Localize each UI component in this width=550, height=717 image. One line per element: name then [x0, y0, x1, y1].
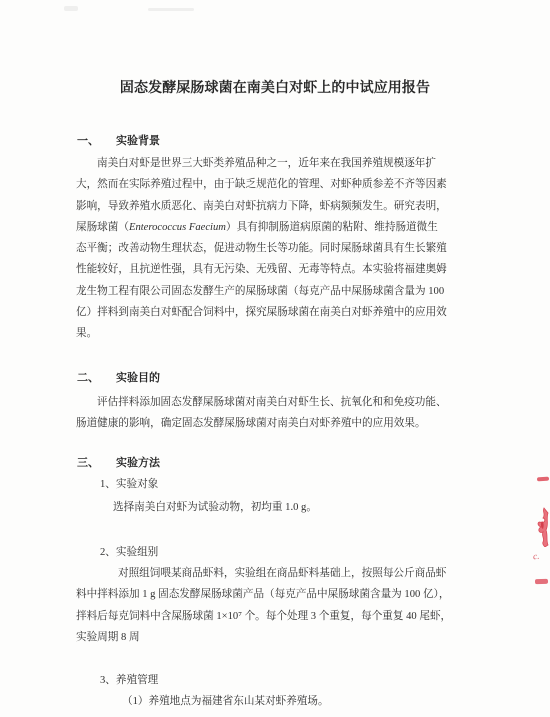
section-heading-3: 三、实验方法 [77, 456, 160, 470]
line-text: ）具有抑制肠道病原菌的粘附、维持肠道微生 [226, 222, 438, 233]
section-title: 实验目的 [116, 371, 160, 385]
red-pen-dash-icon [537, 477, 549, 482]
paragraph-line: 料中拌料添加 1 g 固态发酵屎肠球菌产品（每克产品中屎肠球菌含量为 100 亿… [76, 584, 546, 605]
paragraph-line: 拌料后每克饲料中含屎肠球菌 1×10⁷ 个。每个处理 3 个重复，每个重复 40… [76, 606, 546, 627]
red-pen-dash-icon [535, 579, 548, 584]
section-1-paragraph: 南美白对虾是世界三大虾类养殖品种之一，近年来在我国养殖规模逐年扩 大，然而在实际… [76, 153, 546, 345]
document-page: 固态发酵屎肠球菌在南美白对虾上的中试应用报告 一、实验背景 南美白对虾是世界三大… [0, 0, 550, 717]
subsection-label-3: 3、养殖管理 [100, 674, 158, 688]
red-pen-scribble-icon [533, 507, 550, 547]
paragraph-line: 评估拌料添加固态发酵屎肠球菌对南美白对虾生长、抗氧化和和免疫功能、 [76, 392, 546, 413]
subsection-label-1: 1、实验对象 [100, 478, 158, 492]
section-title: 实验背景 [116, 134, 160, 148]
species-latin-name: Enterococcus Faecium [129, 222, 226, 233]
subsection-label-2: 2、实验组别 [100, 546, 158, 560]
paragraph-line: 果。 [76, 323, 546, 344]
subsection-2-paragraph: 对照组饲喂某商品虾料，实验组在商品虾料基础上，按照每公斤商品虾 料中拌料添加 1… [76, 563, 546, 648]
subsection-1-line: 选择南美白对虾为试验动物，初均重 1.0 g。 [113, 501, 317, 515]
section-number: 二、 [77, 371, 99, 385]
section-2-paragraph: 评估拌料添加固态发酵屎肠球菌对南美白对虾生长、抗氧化和和免疫功能、 肠道健康的影… [76, 392, 546, 435]
paragraph-line: 肠道健康的影响，确定固态发酵屎肠球菌对南美白对虾养殖中的应用效果。 [76, 413, 546, 434]
paragraph-line: 亿）拌料到南美白对虾配合饲料中，探究屎肠球菌在南美白对虾养殖中的应用效 [76, 302, 546, 323]
section-number: 三、 [77, 456, 99, 470]
paragraph-line: 大，然而在实际养殖过程中，由于缺乏规范化的管理、对虾种质参差不齐等因素 [76, 174, 546, 195]
scan-smudge [64, 6, 78, 11]
paragraph-line: 态平衡；改善动物生理状态，促进动物生长等功能。同时屎肠球菌具有生长繁殖 [76, 238, 546, 259]
section-heading-2: 二、实验目的 [77, 371, 160, 385]
section-title: 实验方法 [116, 456, 160, 470]
page-title: 固态发酵屎肠球菌在南美白对虾上的中试应用报告 [0, 80, 550, 95]
paragraph-line: 屎肠球菌（Enterococcus Faecium）具有抑制肠道病原菌的粘附、维… [76, 217, 546, 238]
line-text: 屎肠球菌（ [76, 222, 129, 233]
paragraph-line: 影响，导致养殖水质恶化、南美白对虾抗病力下降，虾病频频发生。研究表明， [76, 196, 546, 217]
paragraph-line: 南美白对虾是世界三大虾类养殖品种之一，近年来在我国养殖规模逐年扩 [76, 153, 546, 174]
paragraph-line: 龙生物工程有限公司固态发酵生产的屎肠球菌（每克产品中屎肠球菌含量为 100 [76, 281, 546, 302]
paragraph-line: 对照组饲喂某商品虾料，实验组在商品虾料基础上，按照每公斤商品虾 [76, 563, 546, 584]
paragraph-line: 性能较好，且抗逆性强，具有无污染、无残留、无毒等特点。本实验将福建奥姆 [76, 259, 546, 280]
red-pen-letter-mark: c. [532, 551, 540, 563]
section-heading-1: 一、实验背景 [77, 134, 160, 148]
subsection-3-line: （1）养殖地点为福建省东山某对虾养殖场。 [122, 695, 329, 709]
section-number: 一、 [77, 134, 99, 148]
paragraph-line: 实验周期 8 周 [76, 627, 546, 648]
scan-smudge [148, 8, 194, 11]
